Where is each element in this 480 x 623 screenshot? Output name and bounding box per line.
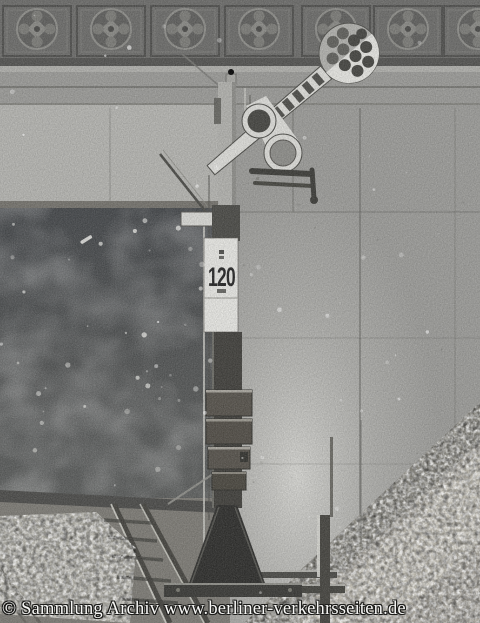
copyright-watermark: © Sammlung Archiv www.berliner-verkehrss…: [2, 599, 478, 620]
film-grain-dark: [0, 0, 480, 623]
photo-canvas: 120: [0, 0, 480, 623]
photograph-semaphore-signal-tunnel-portal: 120: [0, 0, 480, 623]
